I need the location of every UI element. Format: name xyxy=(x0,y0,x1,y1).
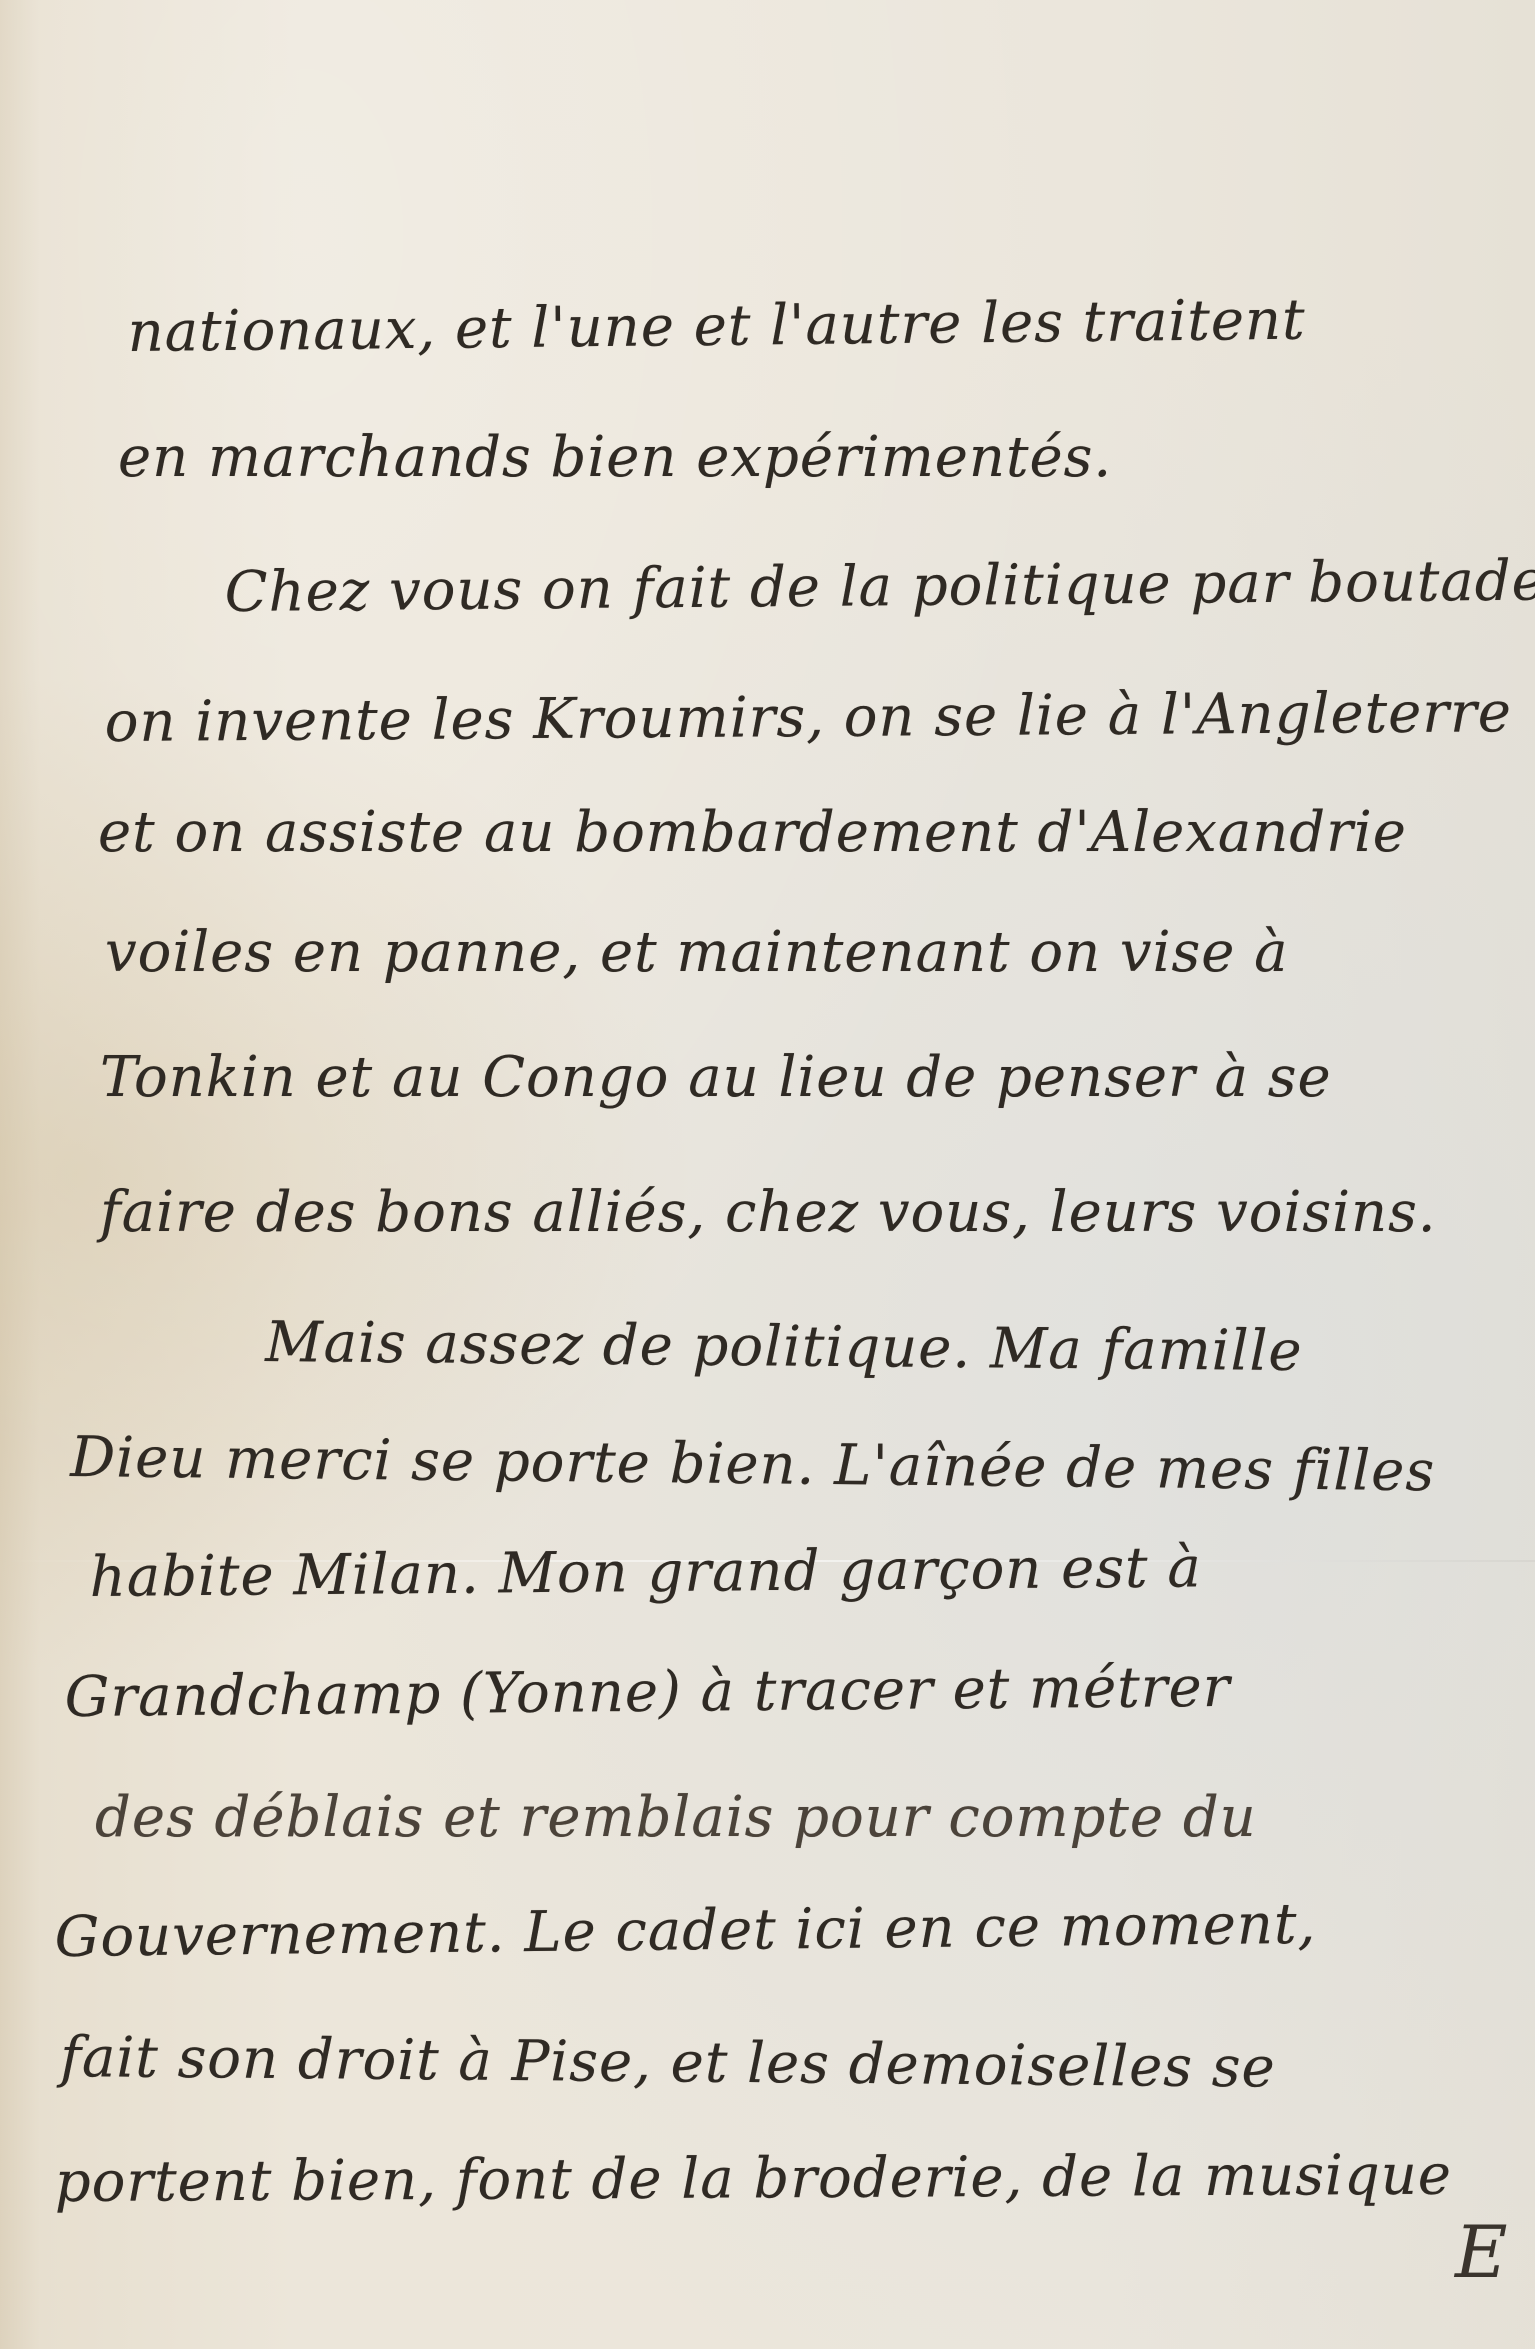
letter-line-9: Mais assez de politique. Ma famille xyxy=(265,1310,1303,1384)
letter-line-2: en marchands bien expérimentés. xyxy=(118,425,1112,490)
letter-line-10: Dieu merci se porte bien. L'aînée de mes… xyxy=(70,1425,1435,1504)
letter-page: nationaux, et l'une et l'autre les trait… xyxy=(0,0,1535,2349)
letter-line-8: faire des bons alliés, chez vous, leurs … xyxy=(100,1180,1437,1245)
letter-line-11: habite Milan. Mon grand garçon est à xyxy=(89,1535,1202,1610)
letter-line-1: nationaux, et l'une et l'autre les trait… xyxy=(127,288,1306,365)
letter-line-6: voiles en panne, et maintenant on vise à xyxy=(105,920,1289,985)
letter-line-14: Gouvernement. Le cadet ici en ce moment, xyxy=(54,1892,1316,1970)
letter-line-5: et on assiste au bombardement d'Alexandr… xyxy=(98,800,1407,865)
letter-line-4: on invente les Kroumirs, on se lie à l'A… xyxy=(105,680,1513,755)
letter-line-15: fait son droit à Pise, et les demoiselle… xyxy=(60,2025,1276,2101)
page-mark: E xyxy=(1455,2210,1508,2294)
letter-line-12: Grandchamp (Yonne) à tracer et métrer xyxy=(64,1655,1230,1730)
letter-line-7: Tonkin et au Congo au lieu de penser à s… xyxy=(100,1045,1332,1110)
letter-line-3: Chez vous on fait de la politique par bo… xyxy=(224,548,1535,625)
letter-line-16: portent bien, font de la broderie, de la… xyxy=(55,2143,1452,2215)
letter-line-13: des déblais et remblais pour compte du xyxy=(95,1785,1257,1850)
